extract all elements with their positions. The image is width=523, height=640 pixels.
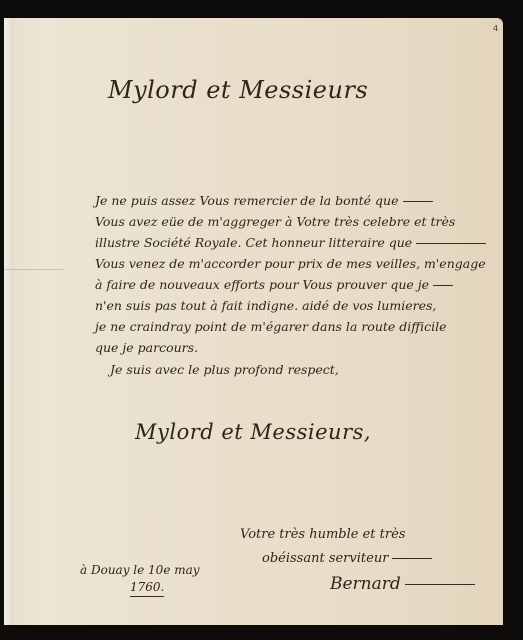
signature: Bernard — [330, 574, 475, 594]
body-line: n'en suis pas tout à fait indigne. aidé … — [95, 298, 436, 313]
year: 1760. — [130, 580, 164, 594]
body-line: Vous avez eüe de m'aggreger à Votre très… — [95, 214, 455, 229]
body-line: Vous venez de m'accorder pour prix de me… — [95, 256, 486, 271]
horizontal-fold-crease — [4, 269, 64, 270]
salutation-top: Mylord et Messieurs — [108, 76, 368, 104]
signoff-line: obéissant serviteur — [262, 551, 432, 566]
body-line: à faire de nouveaux efforts pour Vous pr… — [95, 277, 453, 292]
place-date: à Douay le 10e may — [80, 563, 200, 577]
body-line: Je ne puis assez Vous remercier de la bo… — [95, 193, 433, 208]
body-line: que je parcours. — [95, 340, 198, 355]
body-line: je ne craindray point de m'égarer dans l… — [95, 319, 447, 334]
closing-line: Je suis avec le plus profond respect, — [110, 362, 339, 377]
body-line: illustre Société Royale. Cet honneur lit… — [95, 235, 486, 250]
signoff-line: Votre très humble et très — [240, 527, 405, 542]
salutation-bottom: Mylord et Messieurs, — [135, 420, 371, 444]
folio-mark: 4 — [493, 24, 498, 33]
